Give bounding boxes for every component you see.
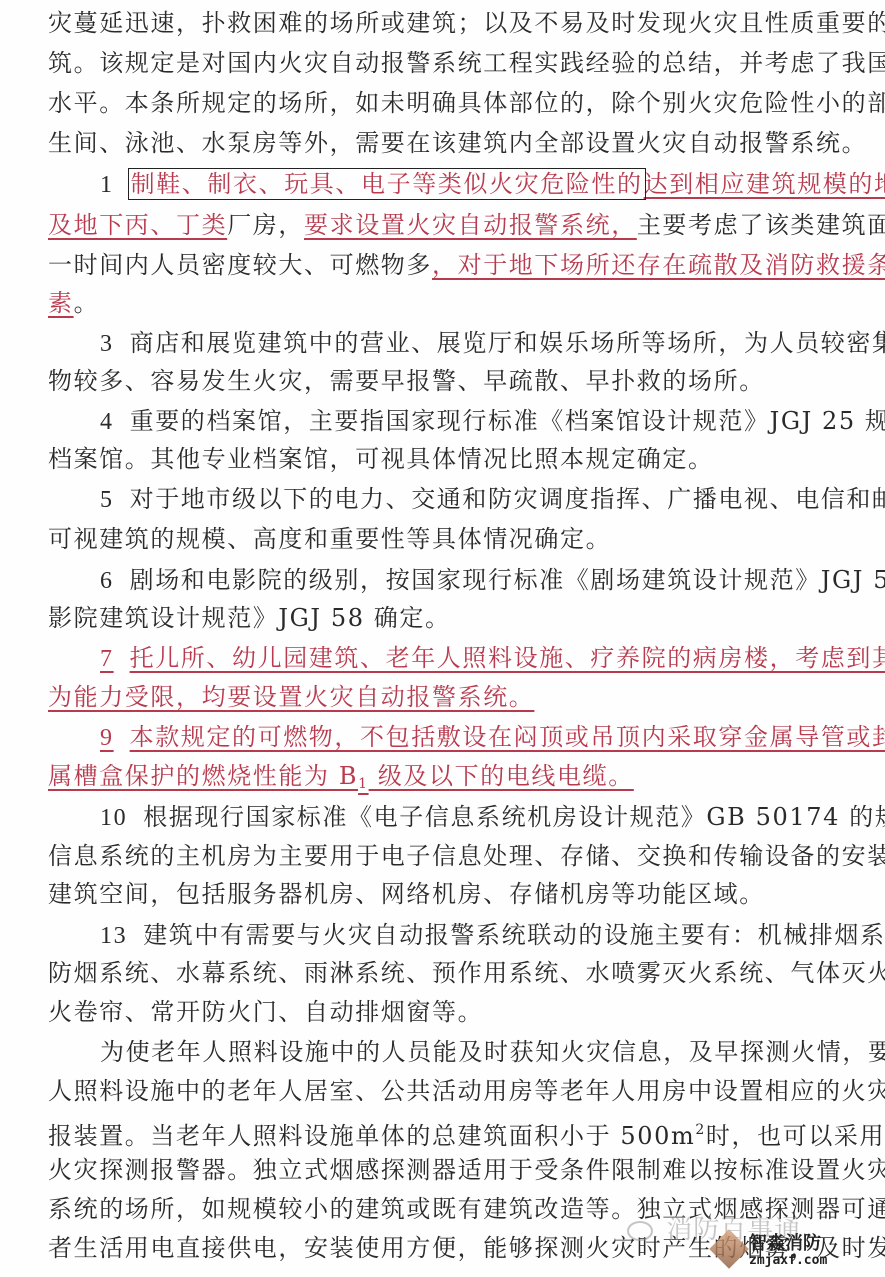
text-line: 属槽盒保护的燃烧性能为 B1 级及以下的电线电缆。 xyxy=(48,759,838,793)
text-line: 影院建筑设计规范》JGJ 58 确定。 xyxy=(48,601,838,635)
text-line: 为使老年人照料设施中的人员能及时获知火灾信息，及早探测火情，要求在老年 xyxy=(100,1035,838,1069)
text-line: 为能力受限，均要设置火灾自动报警系统。 xyxy=(48,680,838,714)
text-segment: 厂房， xyxy=(227,211,304,239)
text-segment: 水平。本条所规定的场所，如未明确具体部位的，除个别火灾危险性小的部位，如卫 xyxy=(48,89,885,117)
text-segment: 防烟系统、水幕系统、雨淋系统、预作用系统、水喷雾灭火系统、气体灭火系统、防 xyxy=(48,959,885,987)
clause-number: 9 xyxy=(100,725,114,751)
text-line: 物较多、容易发生火灾，需要早报警、早疏散、早扑救的场所。 xyxy=(48,364,838,398)
clause-number: 6 xyxy=(100,568,114,594)
text-line: 档案馆。其他专业档案馆，可视具体情况比照本规定确定。 xyxy=(48,442,838,476)
text-segment: 人照料设施中的老年人居室、公共活动用房等老年人用房中设置相应的火灾报警和警 xyxy=(48,1077,885,1105)
text-segment: 对于地市级以下的电力、交通和防灾调度指挥、广播电视、电信和邮政建筑， xyxy=(130,485,885,513)
underlined-highlight-text: 级及以下的电线电缆。 xyxy=(369,762,634,790)
document-page: 灾蔓延迅速，扑救困难的场所或建筑；以及不易及时发现火灾且性质重要的场所或建筑。该… xyxy=(0,0,885,1277)
text-segment: 信息系统的主机房为主要用于电子信息处理、存储、交换和传输设备的安装和运行的 xyxy=(48,842,885,870)
underlined-highlight-text: 1 xyxy=(358,776,369,792)
text-segment: 建筑空间，包括服务器机房、网络机房、存储机房等功能区域。 xyxy=(48,880,765,908)
text-line: 者生活用电直接供电，安装使用方便，能够探测火灾时产生的烟雾，及时发出 xyxy=(48,1231,838,1265)
text-segment: 重要的档案馆，主要指国家现行标准《档案馆设计规范》JGJ 25 规定的国家 xyxy=(130,407,885,435)
text-line: 1制鞋、制衣、玩具、电子等类似火灾危险性的达到相应建筑规模的地上丙类 xyxy=(100,167,838,201)
text-segment: 生间、泳池、水泵房等外，需要在该建筑内全部设置火灾自动报警系统。 xyxy=(48,129,867,157)
text-segment: 报装置。当老年人照料设施单体的总建筑面积小于 500m xyxy=(48,1122,695,1150)
underlined-highlight-text: 及地下丙、丁类 xyxy=(48,211,227,239)
boxed-highlight-text: 制鞋、制衣、玩具、电子等类似火灾危险性的 xyxy=(130,170,644,198)
text-line: 4重要的档案馆，主要指国家现行标准《档案馆设计规范》JGJ 25 规定的国家 xyxy=(100,404,838,438)
underlined-highlight-text: 托儿所、幼儿园建筑、老年人照料设施、疗养院的病房楼，考虑到其人员行 xyxy=(130,644,885,672)
text-line: 信息系统的主机房为主要用于电子信息处理、存储、交换和传输设备的安装和运行的 xyxy=(48,839,838,873)
underlined-highlight-text: 本款规定的可燃物，不包括敷设在闷顶或吊顶内采取穿金属导管或封闭式金 xyxy=(130,723,885,751)
text-line: 筑。该规定是对国内火灾自动报警系统工程实践经验的总结，并考虑了我国经济发展 xyxy=(48,46,838,80)
underlined-highlight-text: 为能力受限，均要设置火灾自动报警系统。 xyxy=(48,683,534,711)
text-line: 一时间内人员密度较大、可燃物多，对于地下场所还存在疏散及消防救援条件差等因 xyxy=(48,248,838,282)
text-segment: 商店和展览建筑中的营业、展览厅和娱乐场所等场所，为人员较密集、可燃 xyxy=(130,329,885,357)
underlined-highlight-text: 素 xyxy=(48,289,74,317)
text-line: 10根据现行国家标准《电子信息系统机房设计规范》GB 50174 的规定，电子 xyxy=(100,800,838,834)
underlined-highlight-text: ，对于地下场所还存在疏散及消防救援条件差等因 xyxy=(432,251,885,279)
clause-number: 3 xyxy=(100,331,114,357)
clause-number: 13 xyxy=(100,923,127,949)
text-line: 防烟系统、水幕系统、雨淋系统、预作用系统、水喷雾灭火系统、气体灭火系统、防 xyxy=(48,956,838,990)
text-segment: 者生活用电直接供电，安装使用方便，能够探测火灾时产生的烟雾，及时发出 xyxy=(48,1234,885,1262)
text-line: 火灾探测报警器。独立式烟感探测器适用于受条件限制难以按标准设置火灾自动报警 xyxy=(48,1153,838,1187)
underlined-highlight-text: 属槽盒保护的燃烧性能为 B xyxy=(48,762,358,790)
text-segment: 建筑中有需要与火灾自动报警系统联动的设施主要有：机械排烟系统、机械 xyxy=(143,921,885,949)
text-segment: 筑。该规定是对国内火灾自动报警系统工程实践经验的总结，并考虑了我国经济发展 xyxy=(48,49,885,77)
text-line: 报装置。当老年人照料设施单体的总建筑面积小于 500m2时，也可以采用独立式感烟 xyxy=(48,1113,838,1147)
text-line: 9本款规定的可燃物，不包括敷设在闷顶或吊顶内采取穿金属导管或封闭式金 xyxy=(100,720,838,754)
text-segment: 一时间内人员密度较大、可燃物多 xyxy=(48,251,432,279)
text-segment: 为使老年人照料设施中的人员能及时获知火灾信息，及早探测火情，要求在老年 xyxy=(100,1038,885,1066)
text-line: 素。 xyxy=(48,286,838,320)
text-line: 5对于地市级以下的电力、交通和防灾调度指挥、广播电视、电信和邮政建筑， xyxy=(100,482,838,516)
text-segment: 灾蔓延迅速，扑救困难的场所或建筑；以及不易及时发现火灾且性质重要的场所或建 xyxy=(48,9,885,37)
text-segment: 火卷帘、常开防火门、自动排烟窗等。 xyxy=(48,998,483,1026)
text-line: 系统的场所，如规模较小的建筑或既有建筑改造等。独立式烟感探测器可通过电池或 xyxy=(48,1192,838,1226)
underlined-highlight-text: 要求设置火灾自动报警系统， xyxy=(304,211,637,239)
text-line: 13建筑中有需要与火灾自动报警系统联动的设施主要有：机械排烟系统、机械 xyxy=(100,918,838,952)
text-segment: 系统的场所，如规模较小的建筑或既有建筑改造等。独立式烟感探测器可通过电池或 xyxy=(48,1195,885,1223)
text-segment: 剧场和电影院的级别，按国家现行标准《剧场建筑设计规范》JGJ 57 和《电 xyxy=(130,566,885,594)
text-segment: 时，也可以采用独立式感烟 xyxy=(706,1122,885,1150)
text-line: 建筑空间，包括服务器机房、网络机房、存储机房等功能区域。 xyxy=(48,877,838,911)
text-line: 可视建筑的规模、高度和重要性等具体情况确定。 xyxy=(48,522,838,556)
underlined-highlight-text: 达到相应建筑规模的地上丙类 xyxy=(644,170,885,198)
text-line: 及地下丙、丁类厂房，要求设置火灾自动报警系统，主要考虑了该类建筑面积大、同 xyxy=(48,208,838,242)
text-segment: 档案馆。其他专业档案馆，可视具体情况比照本规定确定。 xyxy=(48,445,714,473)
text-line: 人照料设施中的老年人居室、公共活动用房等老年人用房中设置相应的火灾报警和警 xyxy=(48,1074,838,1108)
text-segment: 火灾探测报警器。独立式烟感探测器适用于受条件限制难以按标准设置火灾自动报警 xyxy=(48,1156,885,1184)
text-line: 灾蔓延迅速，扑救困难的场所或建筑；以及不易及时发现火灾且性质重要的场所或建 xyxy=(48,6,838,40)
text-line: 生间、泳池、水泵房等外，需要在该建筑内全部设置火灾自动报警系统。 xyxy=(48,126,838,160)
text-segment: 主要考虑了该类建筑面积大、同 xyxy=(637,211,885,239)
clause-number: 7 xyxy=(100,646,114,672)
text-line: 水平。本条所规定的场所，如未明确具体部位的，除个别火灾危险性小的部位，如卫 xyxy=(48,86,838,120)
clause-number: 4 xyxy=(100,409,114,435)
clause-number: 10 xyxy=(100,805,127,831)
clause-number: 5 xyxy=(100,487,114,513)
text-line: 3商店和展览建筑中的营业、展览厅和娱乐场所等场所，为人员较密集、可燃 xyxy=(100,326,838,360)
text-segment: 可视建筑的规模、高度和重要性等具体情况确定。 xyxy=(48,525,611,553)
text-segment: 物较多、容易发生火灾，需要早报警、早疏散、早扑救的场所。 xyxy=(48,367,765,395)
text-line: 火卷帘、常开防火门、自动排烟窗等。 xyxy=(48,995,838,1029)
text-segment: 根据现行国家标准《电子信息系统机房设计规范》GB 50174 的规定，电子 xyxy=(143,803,885,831)
text-segment: 。 xyxy=(74,289,100,317)
text-line: 7托儿所、幼儿园建筑、老年人照料设施、疗养院的病房楼，考虑到其人员行 xyxy=(100,641,838,675)
superscript: 2 xyxy=(695,1122,706,1138)
text-segment: 影院建筑设计规范》JGJ 58 确定。 xyxy=(48,604,451,632)
clause-number: 1 xyxy=(100,172,114,198)
text-line: 6剧场和电影院的级别，按国家现行标准《剧场建筑设计规范》JGJ 57 和《电 xyxy=(100,563,838,597)
